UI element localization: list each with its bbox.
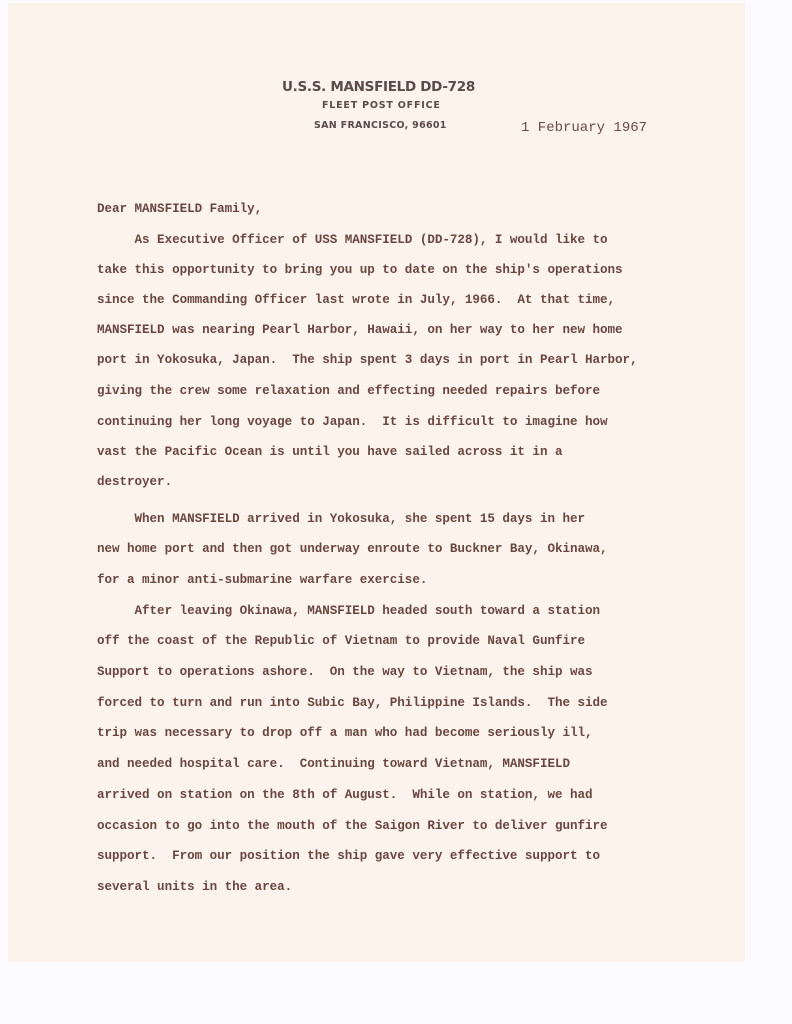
letterhead-ship-name: U.S.S. MANSFIELD DD-728 xyxy=(282,79,475,95)
text-line: giving the crew some relaxation and effe… xyxy=(97,377,600,406)
text-line: Support to operations ashore. On the way… xyxy=(97,658,593,687)
text-line: forced to turn and run into Subic Bay, P… xyxy=(97,689,608,718)
text-line: continuing her long voyage to Japan. It … xyxy=(97,408,608,437)
text-line: several units in the area. xyxy=(97,873,292,902)
text-line: new home port and then got underway enro… xyxy=(97,535,608,564)
text-line: When MANSFIELD arrived in Yokosuka, she … xyxy=(97,505,585,534)
text-line: destroyer. xyxy=(97,468,172,497)
text-line: MANSFIELD was nearing Pearl Harbor, Hawa… xyxy=(97,316,623,345)
text-line: off the coast of the Republic of Vietnam… xyxy=(97,627,585,656)
text-line: trip was necessary to drop off a man who… xyxy=(97,719,593,748)
letterhead-office: FLEET POST OFFICE xyxy=(322,100,441,111)
text-line: and needed hospital care. Continuing tow… xyxy=(97,750,570,779)
letterhead-city: SAN FRANCISCO, 96601 xyxy=(314,120,447,131)
text-line: arrived on station on the 8th of August.… xyxy=(97,781,593,810)
text-line: occasion to go into the mouth of the Sai… xyxy=(97,812,608,841)
text-line: take this opportunity to bring you up to… xyxy=(97,256,623,285)
text-line: support. From our position the ship gave… xyxy=(97,842,600,871)
text-line: for a minor anti-submarine warfare exerc… xyxy=(97,566,427,595)
text-line: After leaving Okinawa, MANSFIELD headed … xyxy=(97,597,600,626)
letter-date: 1 February 1967 xyxy=(521,120,647,136)
text-line: As Executive Officer of USS MANSFIELD (D… xyxy=(97,226,608,255)
text-line: port in Yokosuka, Japan. The ship spent … xyxy=(97,346,638,375)
salutation: Dear MANSFIELD Family, xyxy=(97,195,262,224)
text-line: vast the Pacific Ocean is until you have… xyxy=(97,438,562,467)
text-line: since the Commanding Officer last wrote … xyxy=(97,286,615,315)
